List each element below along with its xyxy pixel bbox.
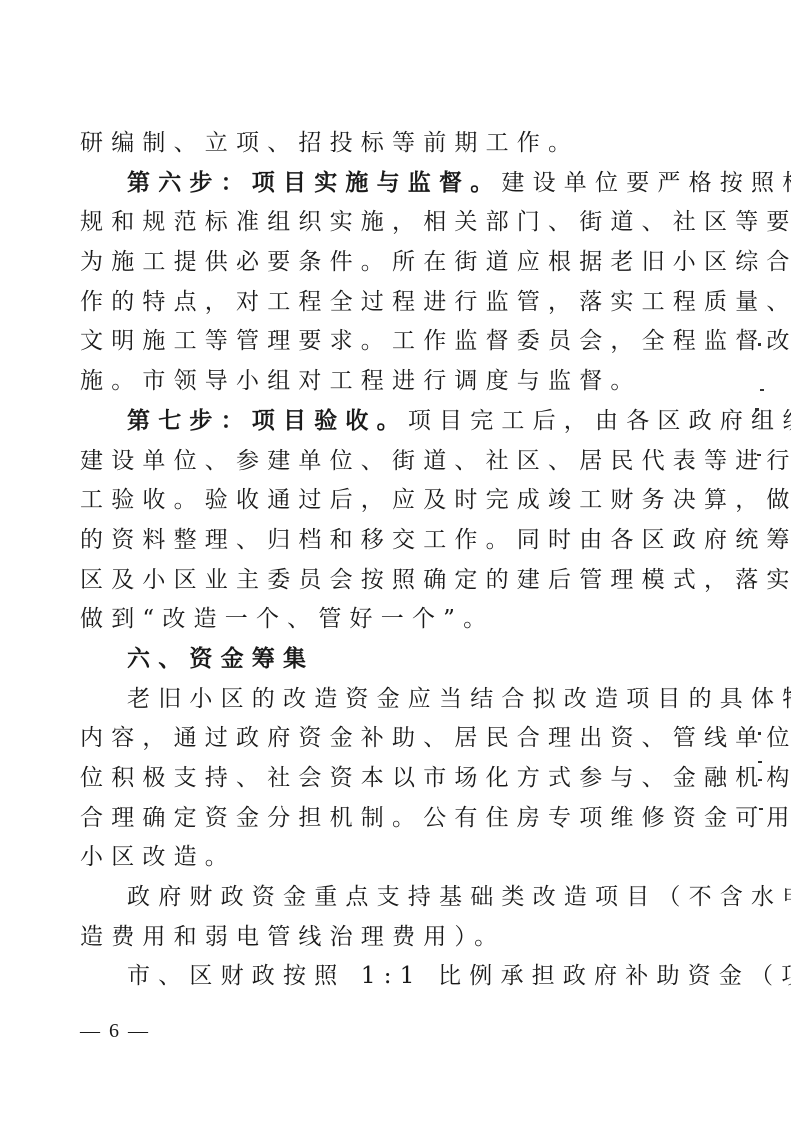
line-text: 内容，通过政府资金补助、居民合理出资、管线单位和原产权单 bbox=[80, 725, 791, 751]
scan-mark bbox=[757, 454, 761, 456]
step-seven-title: 第七步：项目验收。 bbox=[127, 408, 408, 434]
line-text: 合理确定资金分担机制。公有住房专项维修资金可用于城镇老旧 bbox=[80, 805, 791, 831]
text-line: 的资料整理、归档和移交工作。同时由各区政府统筹，街道、社 bbox=[80, 521, 720, 561]
line-text: 市、区财政按照 1:1 比例承担政府补助资金（项目决算金额扣 bbox=[127, 963, 791, 989]
scan-mark bbox=[758, 761, 762, 763]
line-text: 做到“改造一个、管好一个”。 bbox=[80, 606, 494, 632]
line-text: 文明施工等管理要求。工作监督委员会，全程监督改造项目的实 bbox=[80, 328, 791, 354]
text-line: 内容，通过政府资金补助、居民合理出资、管线单位和原产权单 bbox=[80, 719, 720, 759]
text-line: 研编制、立项、招投标等前期工作。 bbox=[80, 124, 720, 164]
line-text: 作的特点，对工程全过程进行监管，落实工程质量、安全生产、 bbox=[80, 289, 791, 315]
page-number: — 6 — bbox=[80, 1020, 150, 1043]
line-text: 政府财政资金重点支持基础类改造项目（不含水电气管网改 bbox=[127, 884, 791, 910]
text-line: 做到“改造一个、管好一个”。 bbox=[80, 600, 720, 640]
line-text: 的资料整理、归档和移交工作。同时由各区政府统筹，街道、社 bbox=[80, 527, 791, 553]
scan-mark bbox=[758, 343, 761, 346]
scan-mark bbox=[759, 808, 763, 810]
text-line: 文明施工等管理要求。工作监督委员会，全程监督改造项目的实 bbox=[80, 322, 720, 362]
step-six-heading-line: 第六步：项目实施与监督。建设单位要严格按照相关法律法 bbox=[80, 164, 720, 204]
line-text: 区及小区业主委员会按照确定的建后管理模式，落实管理和服务， bbox=[80, 567, 791, 593]
line-text: 为施工提供必要条件。所在街道应根据老旧小区综合改造提升工 bbox=[80, 249, 791, 275]
text-line: 建设单位、参建单位、街道、社区、居民代表等进行项目联合竣 bbox=[80, 442, 720, 482]
line-text: 老旧小区的改造资金应当结合拟改造项目的具体特点和改造 bbox=[127, 686, 791, 712]
text-line: 小区改造。 bbox=[80, 838, 720, 878]
text-line: 作的特点，对工程全过程进行监管，落实工程质量、安全生产、 bbox=[80, 283, 720, 323]
line-text: 小区改造。 bbox=[80, 844, 236, 870]
text-line: 工验收。验收通过后，应及时完成竣工财务决算，做好竣工项目 bbox=[80, 481, 720, 521]
text-line: 为施工提供必要条件。所在街道应根据老旧小区综合改造提升工 bbox=[80, 243, 720, 283]
line-text: 工验收。验收通过后，应及时完成竣工财务决算，做好竣工项目 bbox=[80, 487, 791, 513]
line-text: 规和规范标准组织实施，相关部门、街道、社区等要全力配合， bbox=[80, 209, 791, 235]
section-title: 六、资金筹集 bbox=[127, 646, 314, 672]
text-line: 位积极支持、社会资本以市场化方式参与、金融机构融资等方面， bbox=[80, 759, 720, 799]
text-line: 市、区财政按照 1:1 比例承担政府补助资金（项目决算金额扣 bbox=[80, 957, 720, 997]
document-body: 研编制、立项、招投标等前期工作。 第六步：项目实施与监督。建设单位要严格按照相关… bbox=[80, 124, 720, 997]
line-text: 位积极支持、社会资本以市场化方式参与、金融机构融资等方面， bbox=[80, 765, 791, 791]
text-line: 区及小区业主委员会按照确定的建后管理模式，落实管理和服务， bbox=[80, 561, 720, 601]
scan-mark bbox=[758, 732, 761, 735]
scan-mark bbox=[758, 779, 762, 781]
line-text: 研编制、立项、招投标等前期工作。 bbox=[80, 130, 579, 156]
line-text: 建设单位、参建单位、街道、社区、居民代表等进行项目联合竣 bbox=[80, 448, 791, 474]
line-text: 项目完工后，由各区政府组织相关部门、 bbox=[408, 408, 791, 434]
line-text: 造费用和弱电管线治理费用）。 bbox=[80, 924, 505, 950]
line-text: 建设单位要严格按照相关法律法 bbox=[501, 170, 791, 196]
text-line: 规和规范标准组织实施，相关部门、街道、社区等要全力配合， bbox=[80, 203, 720, 243]
step-seven-heading-line: 第七步：项目验收。项目完工后，由各区政府组织相关部门、 bbox=[80, 402, 720, 442]
text-line: 老旧小区的改造资金应当结合拟改造项目的具体特点和改造 bbox=[80, 680, 720, 720]
line-text: 施。市领导小组对工程进行调度与监督。 bbox=[80, 368, 642, 394]
text-line: 合理确定资金分担机制。公有住房专项维修资金可用于城镇老旧 bbox=[80, 799, 720, 839]
text-line: 造费用和弱电管线治理费用）。 bbox=[80, 918, 720, 958]
scan-mark bbox=[760, 389, 764, 391]
text-line: 施。市领导小组对工程进行调度与监督。 bbox=[80, 362, 720, 402]
section-six-heading: 六、资金筹集 bbox=[80, 640, 720, 680]
text-line: 政府财政资金重点支持基础类改造项目（不含水电气管网改 bbox=[80, 878, 720, 918]
step-six-title: 第六步：项目实施与监督。 bbox=[127, 170, 501, 196]
scan-mark bbox=[755, 408, 759, 411]
